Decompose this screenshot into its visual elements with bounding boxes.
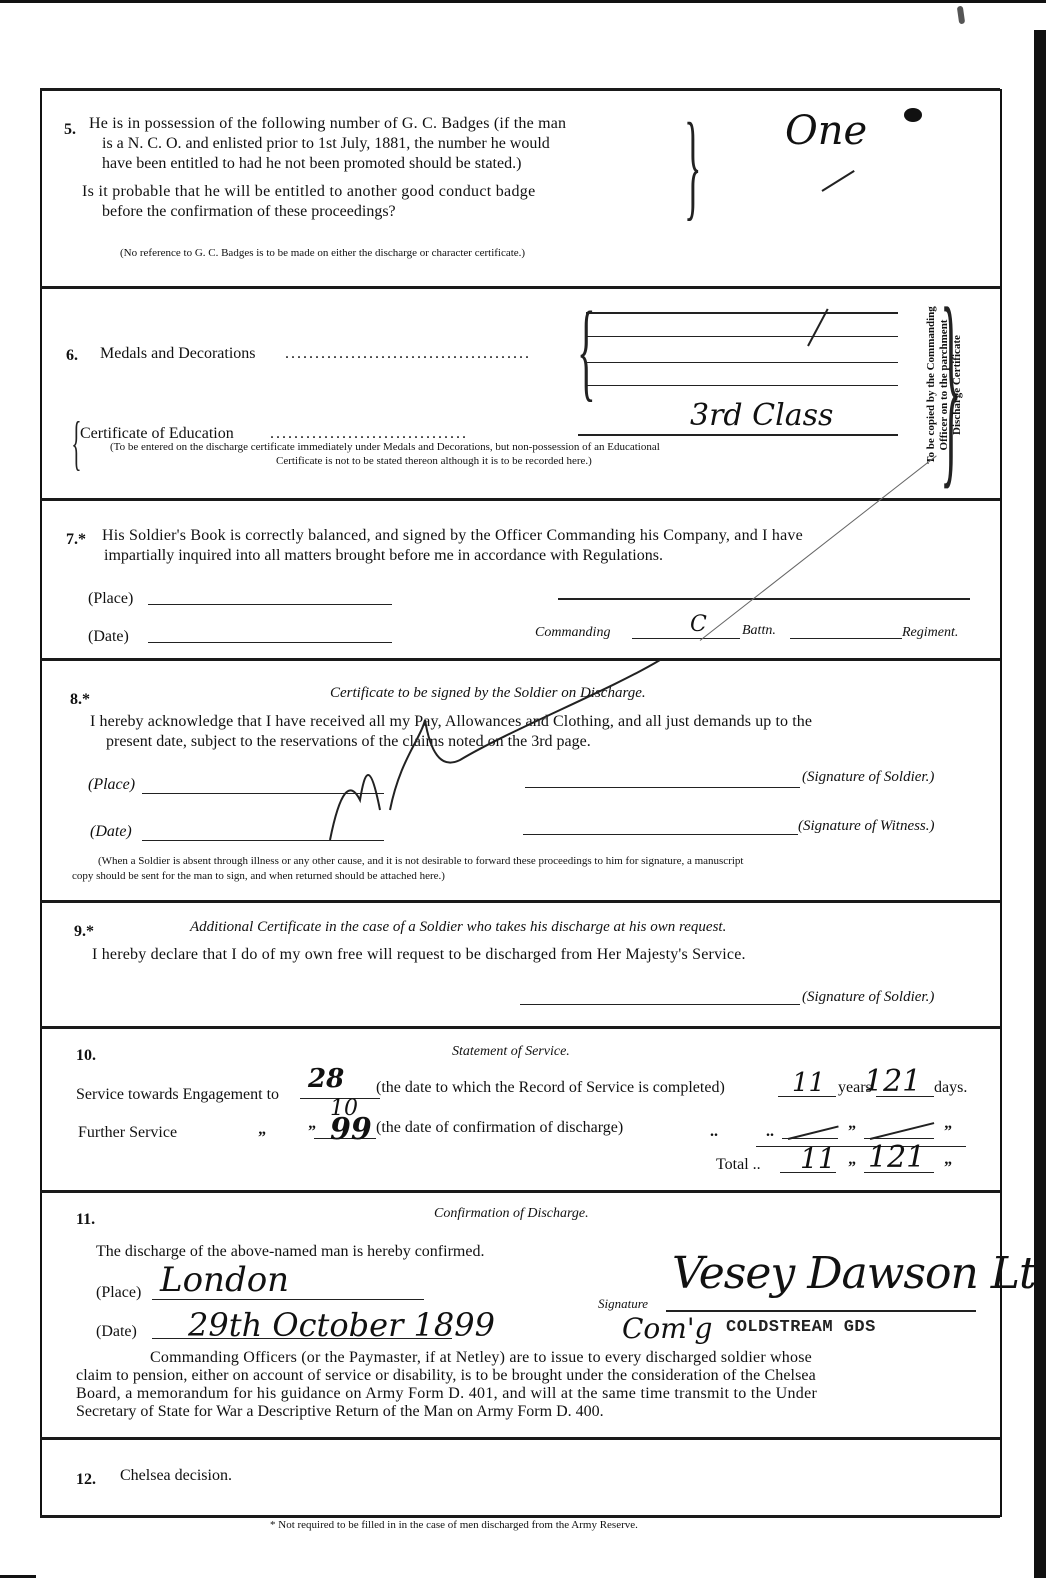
handwritten-education: 3rd Class: [690, 398, 833, 433]
section-11-para-2: claim to pension, either on account of s…: [76, 1366, 816, 1386]
handwritten-year: 99: [330, 1112, 372, 1147]
section-9-line1: I hereby declare that I do of my own fre…: [92, 945, 746, 965]
handwritten-commanding: Com'g: [622, 1312, 712, 1345]
medals-line[interactable]: [586, 362, 898, 363]
regiment-label: Regiment.: [902, 623, 958, 643]
scan-edge-top: [0, 0, 1046, 3]
place-label: (Place): [88, 775, 135, 795]
section-11-para-3: Board, a memorandum for his guidance on …: [76, 1384, 817, 1404]
divider: [40, 498, 1000, 501]
handwritten-badges-answer: One: [785, 108, 867, 154]
divider: [40, 1026, 1000, 1029]
section-number: 7.*: [66, 530, 86, 550]
officer-signature-line[interactable]: [558, 598, 970, 600]
handwritten-battalion: C: [690, 612, 707, 637]
medals-label: Medals and Decorations: [100, 344, 256, 364]
section-9-heading: Additional Certificate in the case of a …: [190, 917, 726, 937]
battn-label: Battn.: [742, 621, 776, 641]
section-11-para-4: Secretary of State for War a Descriptive…: [76, 1402, 604, 1422]
section-number: 9.*: [74, 922, 94, 942]
signature-label: Signature: [598, 1294, 648, 1314]
education-note-2: Certificate is not to be stated thereon …: [276, 455, 592, 468]
ditto-mark: ”: [944, 1122, 952, 1142]
medals-line[interactable]: [586, 336, 898, 337]
ditto-mark: ”: [308, 1122, 316, 1142]
section-11-line1: The discharge of the above-named man is …: [96, 1242, 484, 1262]
side-note: To be copied by the Commanding Officer o…: [925, 290, 964, 480]
handwritten-date: 29th October 1899: [188, 1306, 495, 1344]
section-5-note: (No reference to G. C. Badges is to be m…: [120, 247, 525, 260]
dots: ..: [766, 1122, 774, 1142]
section-number: 8.*: [70, 690, 90, 710]
date-input-line[interactable]: [148, 642, 392, 643]
signature-of-witness-label: (Signature of Witness.): [798, 816, 935, 836]
scan-edge-right: [1034, 30, 1046, 1578]
ditto-mark: ”: [258, 1128, 266, 1148]
divider: [40, 1437, 1000, 1440]
side-note-line1: To be copied by the Commanding: [925, 290, 938, 480]
handwritten-total-days: 121: [868, 1140, 925, 1175]
brace-icon: {: [577, 305, 595, 395]
section-number: 10.: [76, 1046, 96, 1066]
section-7-line1: His Soldier's Book is correctly balanced…: [102, 526, 803, 546]
place-label: (Place): [96, 1283, 141, 1303]
section-number: 12.: [76, 1470, 96, 1490]
leader-dots: ........................................…: [285, 344, 531, 364]
ditto-mark: ”: [848, 1158, 856, 1178]
section-5-line3: have been entitled to had he not been pr…: [102, 154, 521, 174]
place-input-line[interactable]: [148, 604, 392, 605]
section-8-note-1: (When a Soldier is absent through illnes…: [98, 855, 743, 868]
commanding-label: Commanding: [535, 623, 610, 643]
divider: [40, 900, 1000, 903]
total-rule: [756, 1146, 966, 1147]
education-line[interactable]: [578, 434, 898, 436]
battalion-line[interactable]: [632, 638, 740, 639]
section-5-question-line2: before the confirmation of these proceed…: [102, 202, 396, 222]
section-11-para-1: Commanding Officers (or the Paymaster, i…: [150, 1348, 812, 1368]
place-label: (Place): [88, 589, 133, 609]
section-8-note-2: copy should be sent for the man to sign,…: [72, 870, 445, 883]
signature-of-soldier-label: (Signature of Soldier.): [802, 987, 934, 1007]
section-5-line1: He is in possession of the following num…: [89, 114, 566, 134]
ditto-mark: ”: [848, 1122, 856, 1142]
handwritten-signature: Vesey Dawson Lt Col: [672, 1248, 1046, 1299]
total-label: Total ..: [716, 1155, 761, 1175]
chelsea-decision-label: Chelsea decision.: [120, 1466, 232, 1486]
divider: [40, 88, 1000, 91]
dots: ..: [710, 1122, 718, 1142]
section-5-line2: is a N. C. O. and enlisted prior to 1st …: [102, 134, 550, 154]
ink-blot: [904, 108, 922, 122]
soldier-signature-line[interactable]: [520, 1004, 800, 1005]
section-5-question-line1: Is it probable that he will be entitled …: [82, 182, 535, 202]
ditto-mark: ”: [944, 1158, 952, 1178]
medals-line[interactable]: [586, 385, 898, 386]
brace-icon: }: [684, 110, 701, 220]
section-11-heading: Confirmation of Discharge.: [434, 1204, 589, 1224]
handwritten-place: London: [160, 1260, 289, 1300]
service-engagement-label: Service towards Engagement to: [76, 1085, 279, 1105]
soldier-handwritten-mark: [310, 660, 690, 850]
section-number: 6.: [66, 346, 78, 366]
medals-line[interactable]: [586, 312, 898, 314]
signature-of-soldier-label: (Signature of Soldier.): [802, 767, 934, 787]
handwritten-day: 28: [308, 1064, 344, 1094]
date-label: (Date): [88, 627, 129, 647]
side-note-line3: Discharge Certificate: [951, 290, 964, 480]
row2-description: (the date of confirmation of discharge): [376, 1118, 623, 1138]
education-note-1: (To be entered on the discharge certific…: [110, 441, 660, 454]
footnote: * Not required to be filled in in the ca…: [270, 1519, 638, 1531]
section-7-line2: impartially inquired into all matters br…: [104, 546, 663, 566]
section-number: 11.: [76, 1210, 95, 1230]
section-10-heading: Statement of Service.: [452, 1042, 570, 1062]
further-service-label: Further Service: [78, 1123, 177, 1143]
regiment-line[interactable]: [790, 638, 902, 639]
divider: [40, 1190, 1000, 1193]
days-label: days.: [934, 1078, 967, 1098]
date-label: (Date): [96, 1322, 137, 1342]
handwritten-days: 121: [864, 1064, 921, 1099]
row1-description: (the date to which the Record of Service…: [376, 1078, 725, 1098]
date-label: (Date): [90, 822, 132, 842]
handwritten-years: 11: [792, 1068, 825, 1098]
officer-signature-line[interactable]: [666, 1310, 976, 1312]
section-number: 5.: [64, 120, 76, 140]
scan-smudge: [957, 6, 965, 25]
divider: [40, 1515, 1000, 1518]
handwritten-total-years: 11: [800, 1142, 836, 1175]
side-note-line2: Officer on to the parchment: [938, 290, 951, 480]
divider: [40, 286, 1000, 289]
regiment-stamp: COLDSTREAM GDS: [726, 1318, 876, 1338]
